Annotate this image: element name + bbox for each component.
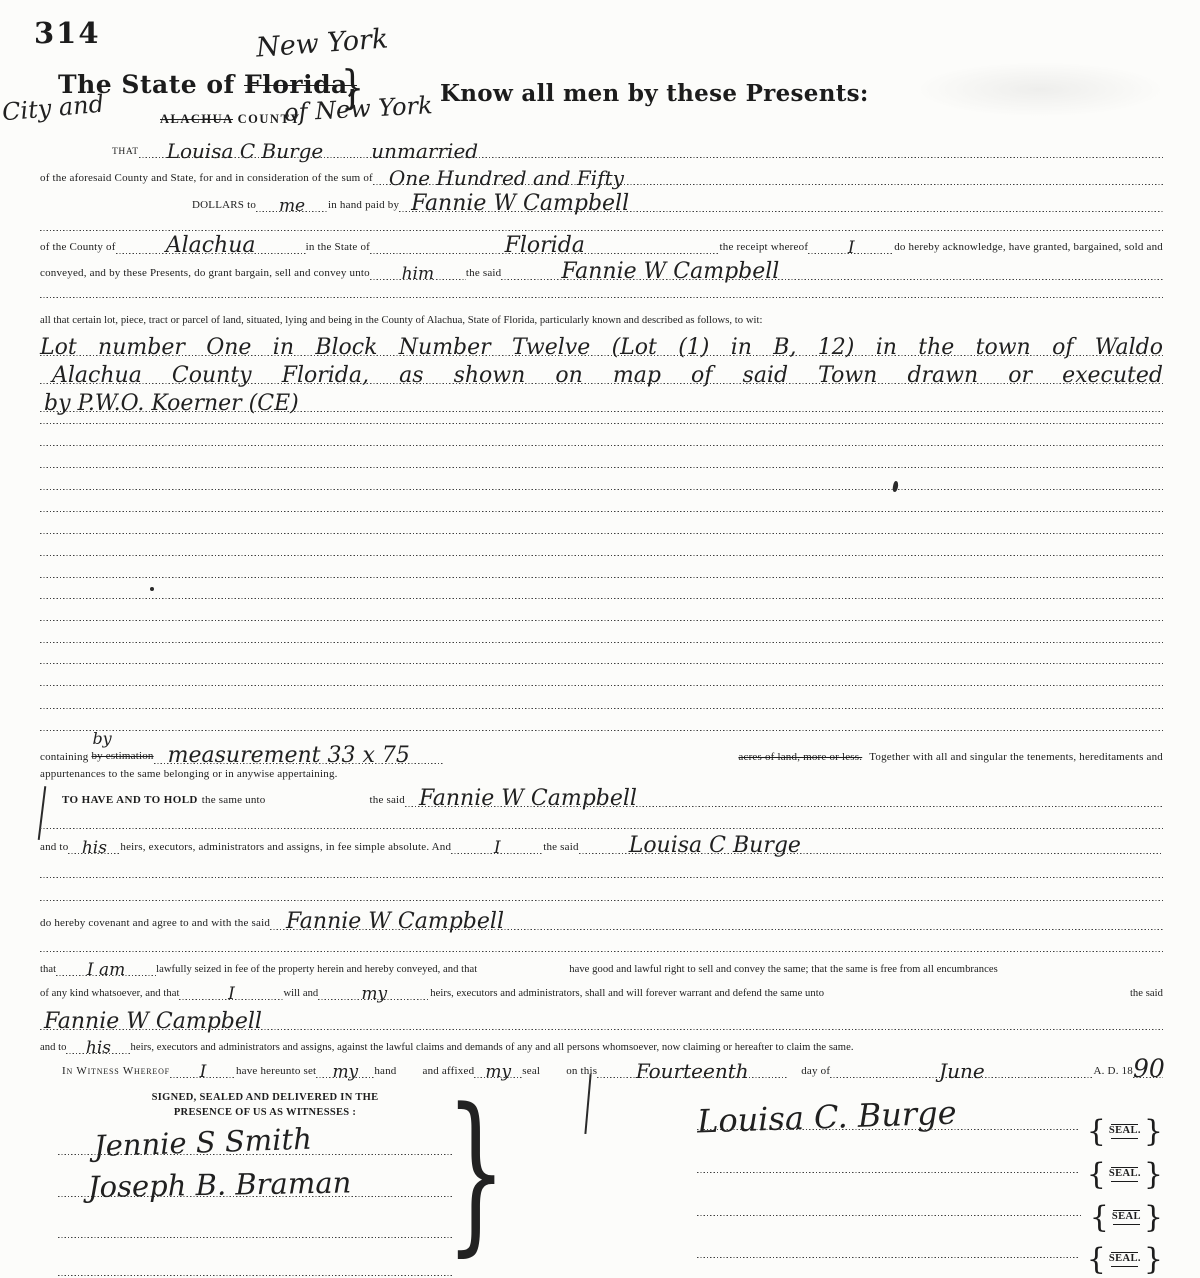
the-said-label: the said [369, 794, 405, 807]
covenant-text: do hereby covenant and agree to and with… [40, 917, 270, 930]
seal-label: seal [522, 1065, 540, 1078]
the-said-label: the said [543, 841, 579, 854]
seal-brace-left: { [1087, 1246, 1106, 1273]
county-label: ALACHUA COUNTY. [160, 110, 304, 128]
day-of-label: day of [787, 1065, 830, 1078]
blank-line [40, 877, 1163, 878]
handwritten-description-3: by P.W.O. Koerner (CE) [40, 393, 299, 415]
grantee-fill-line: Fannie W Campbell [399, 193, 1163, 212]
whatsoever-text: of any kind whatsoever, and that [40, 988, 179, 1000]
handwritten-grantee-name: Fannie W Campbell [501, 261, 779, 283]
blank-line [40, 685, 1163, 686]
grantor-fill-line: Louisa C Burge [579, 835, 1163, 854]
heirs-text: heirs, executors, administrators and ass… [120, 841, 451, 854]
handwritten-i: I [200, 1064, 207, 1081]
blank-line [40, 663, 1163, 664]
blank-line [58, 1274, 452, 1276]
blank-line [40, 598, 1163, 599]
witness-heading-line-1: SIGNED, SEALED AND DELIVERED IN THE [130, 1090, 400, 1105]
handwritten-by: by [92, 731, 111, 747]
signature-row-1: Louisa C. Burge { SEAL. } [697, 1098, 1163, 1130]
handwritten-my: my [332, 1064, 358, 1081]
handwritten-his: his [82, 840, 107, 857]
handwritten-my: my [361, 986, 387, 1003]
day-fill: Fourteenth [597, 1061, 787, 1078]
dollars-label: DOLLARS to [192, 199, 256, 212]
handwritten-year: 90 [1133, 1056, 1165, 1081]
description-line-3: by P.W.O. Koerner (CE) [40, 384, 1163, 412]
witness-signature-line-1: Jennie S Smith [58, 1117, 452, 1155]
signature-row-3: { SEAL } [697, 1184, 1163, 1216]
handwritten-month: June [939, 1061, 985, 1081]
blank-line [40, 423, 1163, 424]
blank-line [40, 511, 1163, 512]
him-fill: him [370, 266, 466, 280]
month-fill: June [830, 1061, 1093, 1078]
year-fill: 90 [1133, 1056, 1163, 1078]
blank-line [58, 1236, 452, 1238]
seal-badge: { SEAL. } [1087, 1246, 1163, 1273]
blank-line [40, 533, 1163, 534]
i-fill: I [179, 986, 283, 1000]
handwritten-grantee-name: Fannie W Campbell [405, 788, 637, 810]
estimation-struck: by estimation [91, 750, 153, 763]
blank-line [40, 642, 1163, 643]
signature-row-2: { SEAL. } [697, 1141, 1163, 1173]
witness-brace: } [446, 1076, 506, 1269]
signature-line [697, 1226, 1079, 1258]
containing-label: containing [40, 751, 88, 764]
his-fill: his [68, 840, 120, 854]
measurement-fill: measurement 33 x 75 [154, 745, 444, 764]
scan-smudge [915, 62, 1165, 117]
habendum-line: TO HAVE AND TO HOLD the same unto the sa… [62, 779, 1163, 807]
blank-line [40, 445, 1163, 446]
handwritten-city-and: City and [1, 92, 105, 125]
handwritten-witness-2: Joseph B. Braman [58, 1168, 352, 1202]
grantor-fill-line: Louisa C Burge unmarried [139, 141, 1163, 158]
blank-line [40, 708, 1163, 709]
seal-label: SEAL. [1109, 1169, 1141, 1180]
county-state-line: of the County of Alachua in the State of… [40, 226, 1163, 254]
containing-line: containing by estimation by measurement … [40, 736, 1163, 764]
handwritten-day: Fourteenth [636, 1061, 749, 1081]
handwritten-grantee-name: Fannie W Campbell [270, 911, 504, 933]
my-fill: my [316, 1064, 374, 1078]
witness-signature-line-2: Joseph B. Braman [58, 1159, 452, 1197]
seal-box: SEAL. [1109, 1122, 1141, 1141]
blank-line [40, 555, 1163, 556]
handwritten-i: I [494, 840, 501, 857]
description-intro: all that certain lot, piece, tract or pa… [40, 315, 763, 327]
ink-blot [892, 481, 899, 493]
estimation-group: by estimation by [88, 746, 153, 764]
to-have-label: TO HAVE AND TO HOLD [62, 794, 198, 807]
seal-brace-right: } [1144, 1246, 1163, 1273]
on-this-label: on this [566, 1065, 597, 1078]
i-fill: I [451, 840, 543, 854]
witness-clause-line: In Witness Whereof I have hereunto set m… [62, 1048, 1163, 1078]
blank-line [40, 620, 1163, 621]
handwritten-of-new-york: of New York [283, 93, 433, 125]
consideration-line-2: DOLLARS to me in hand paid by Fannie W C… [40, 184, 1163, 212]
covenant-line: do hereby covenant and agree to and with… [40, 902, 1163, 930]
in-witness-label: In Witness Whereof [62, 1065, 170, 1078]
seal-rule [1111, 1138, 1138, 1139]
grantee-fill-line: Fannie W Campbell [270, 911, 1163, 930]
seal-box: SEAL. [1109, 1250, 1141, 1269]
paid-by-label: in hand paid by [328, 199, 399, 212]
description-line-2: Alachua County Florida, as shown on map … [40, 356, 1163, 384]
handwritten-i: I [228, 986, 235, 1003]
handwritten-him: him [402, 266, 435, 283]
signature-line [697, 1184, 1082, 1216]
hand-label: hand [374, 1065, 396, 1078]
witness-heading: SIGNED, SEALED AND DELIVERED IN THE PRES… [130, 1090, 400, 1120]
blank-line [40, 577, 1163, 578]
sum-fill-line: One Hundred and Fifty [373, 168, 1163, 185]
heirs-line: and to his heirs, executors, administrat… [40, 826, 1163, 854]
and-to-label: and to [40, 841, 68, 854]
signature-line: Louisa C. Burge [697, 1098, 1079, 1130]
same-unto-label: the same unto [198, 794, 266, 807]
convey-text: conveyed, and by these Presents, do gran… [40, 267, 370, 280]
signature-row-4: { SEAL. } [697, 1226, 1163, 1258]
blank-line [40, 489, 1163, 490]
grantee-fill-line: Fannie W Campbell [501, 261, 1163, 280]
blank-line [40, 297, 1163, 298]
consideration-line-1: of the aforesaid County and State, for a… [40, 157, 1163, 185]
ad-label: A. D. 18 [1094, 1065, 1134, 1078]
description-line-1: Lot number One in Block Number Twelve (L… [40, 328, 1163, 356]
acres-struck: acres of land, more or less. [738, 751, 862, 764]
blank-line [40, 730, 1163, 731]
grantee-fill-line: Fannie W Campbell [405, 788, 1163, 807]
handwritten-grantee-name: Fannie W Campbell [399, 193, 629, 215]
stray-pen-stroke [584, 1074, 591, 1134]
seal-box: SEAL [1112, 1208, 1141, 1227]
signature-line [697, 1141, 1079, 1173]
i-fill: I [170, 1064, 236, 1078]
grantor-line: THAT Louisa C Burge unmarried [112, 130, 1163, 158]
county-label-struck: ALACHUA [160, 112, 233, 126]
deed-document-page: 314 New York The State of Florida, } Kno… [0, 0, 1200, 1278]
seal-label: SEAL. [1109, 1254, 1141, 1265]
seal-box: SEAL. [1109, 1165, 1141, 1184]
will-and-label: will and [283, 988, 318, 1000]
seal-rule [1111, 1266, 1138, 1267]
handwritten-new-york: New York [255, 25, 389, 61]
the-said-label: the said [466, 267, 502, 280]
together-text: Together with all and singular the tenem… [862, 751, 1163, 764]
convey-line: conveyed, and by these Presents, do gran… [40, 252, 1163, 280]
blank-line [40, 467, 1163, 468]
hereunto-label: have hereunto set [236, 1065, 316, 1078]
seal-rule [1111, 1181, 1138, 1182]
handwritten-me: me [279, 198, 305, 215]
warrant-text: heirs, executors and administrators, sha… [430, 988, 824, 1000]
ink-dot [150, 587, 154, 591]
seal-label: SEAL. [1109, 1126, 1141, 1137]
seal-label: SEAL [1112, 1212, 1141, 1223]
page-number: 314 [34, 16, 101, 50]
me-fill: me [256, 198, 328, 212]
the-said-label: the said [1130, 988, 1163, 1000]
handwritten-grantor-name: Louisa C Burge [579, 835, 801, 857]
seized-line-2: of any kind whatsoever, and that I will … [40, 972, 1163, 1000]
handwritten-grantor-signature: Louisa C. Burge [697, 1096, 958, 1137]
know-all-heading: Know all men by these Presents: [440, 80, 869, 107]
handwritten-measurement: measurement 33 x 75 [168, 745, 410, 767]
my-fill: my [318, 986, 430, 1000]
handwritten-witness-1: Jennie S Smith [58, 1125, 313, 1163]
